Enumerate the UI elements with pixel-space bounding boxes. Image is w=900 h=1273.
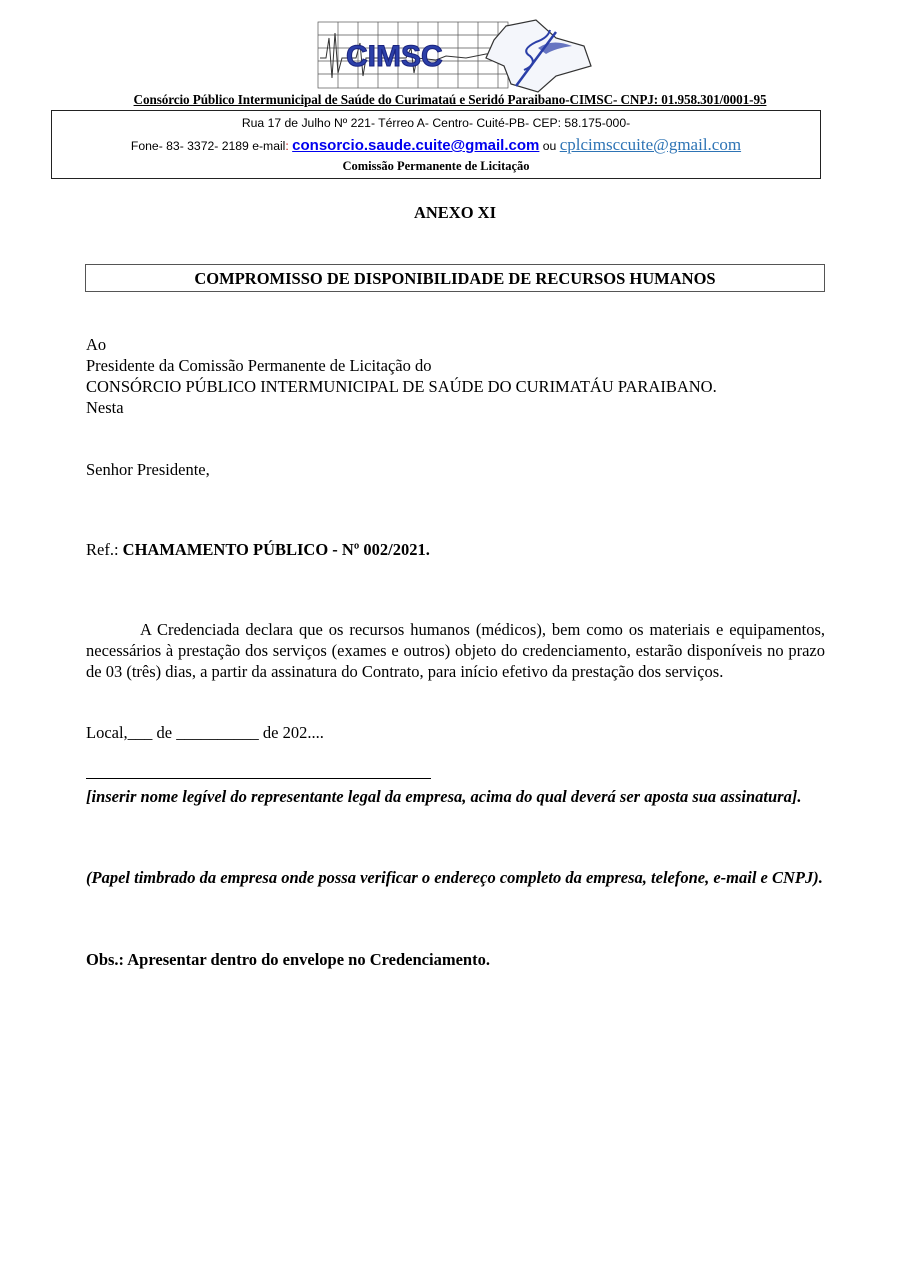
declaration-paragraph: A Credenciada declara que os recursos hu…	[86, 619, 825, 682]
salutation: Senhor Presidente,	[86, 459, 210, 480]
letterhead-note: (Papel timbrado da empresa onde possa ve…	[86, 866, 825, 890]
reference-line: Ref.: CHAMAMENTO PÚBLICO - Nº 002/2021.	[86, 539, 430, 560]
address-line: Rua 17 de Julho Nº 221- Térreo A- Centro…	[52, 116, 820, 130]
header-contact-box: Rua 17 de Julho Nº 221- Térreo A- Centro…	[51, 110, 821, 179]
ref-value: CHAMAMENTO PÚBLICO - Nº 002/2021.	[123, 540, 430, 559]
document-title: COMPROMISSO DE DISPONIBILIDADE DE RECURS…	[85, 264, 825, 292]
email-link-primary[interactable]: consorcio.saude.cuite@gmail.com	[292, 137, 539, 154]
annex-title: ANEXO XI	[0, 203, 900, 223]
observation-note: Obs.: Apresentar dentro do envelope no C…	[86, 949, 490, 970]
organization-line: Consórcio Público Intermunicipal de Saúd…	[0, 92, 900, 108]
colon: :	[285, 139, 288, 153]
committee-name: Comissão Permanente de Licitação	[52, 159, 820, 174]
contact-line: Fone- 83- 3372- 2189 e-mail: consorcio.s…	[52, 135, 820, 155]
signature-line	[86, 758, 431, 779]
phone-label: Fone- 83- 3372- 2189 e-mail	[131, 139, 285, 153]
cimsc-logo: CIMSC	[316, 18, 596, 94]
recipient-line: CONSÓRCIO PÚBLICO INTERMUNICIPAL DE SAÚD…	[86, 376, 717, 397]
svg-text:CIMSC: CIMSC	[346, 40, 443, 73]
signature-instruction: [inserir nome legível do representante l…	[86, 786, 825, 807]
local-date-line: Local,___ de __________ de 202....	[86, 722, 324, 743]
caduceus-cross-icon: CIMSC	[316, 18, 596, 94]
email-link-secondary[interactable]: cplcimsccuite@gmail.com	[560, 135, 741, 154]
recipient-line: Presidente da Comissão Permanente de Lic…	[86, 355, 717, 376]
ref-label: Ref.:	[86, 540, 119, 559]
recipient-line: Ao	[86, 334, 717, 355]
recipient-line: Nesta	[86, 397, 717, 418]
recipient-block: Ao Presidente da Comissão Permanente de …	[86, 334, 717, 418]
or-text: ou	[543, 139, 557, 153]
